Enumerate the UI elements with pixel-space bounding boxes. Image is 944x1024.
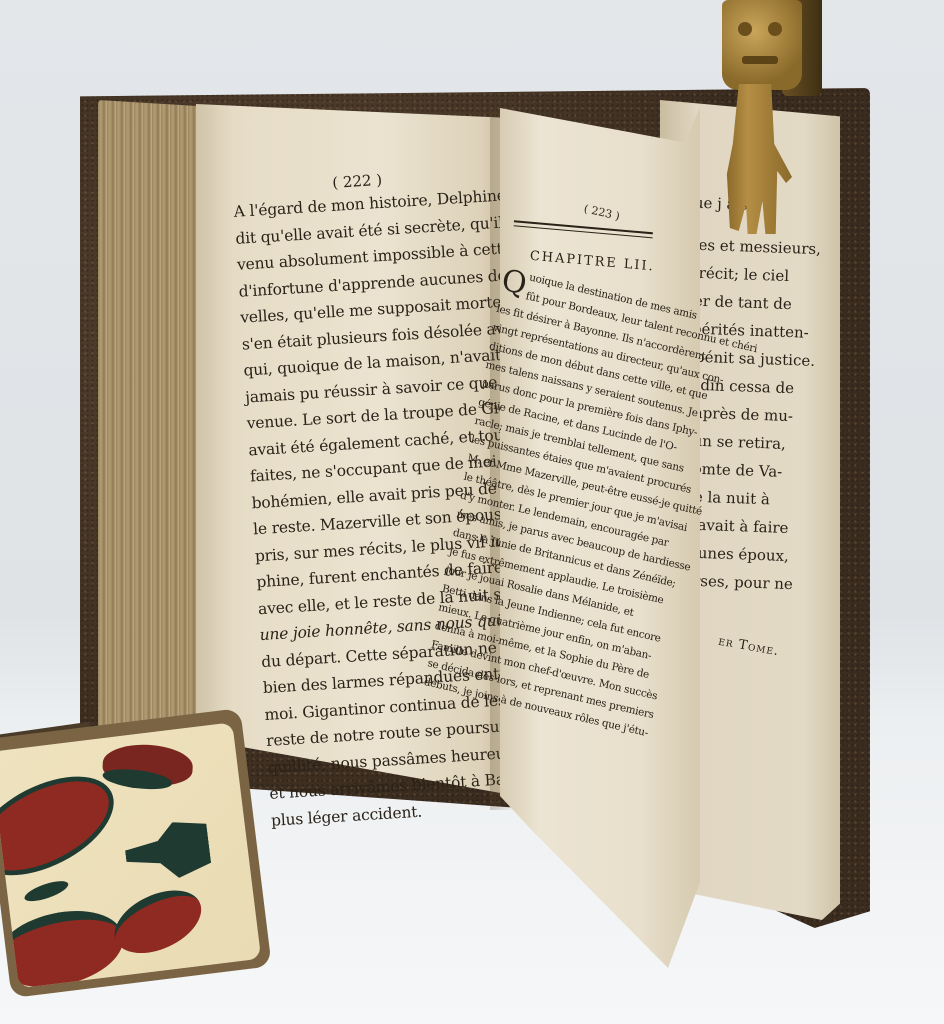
clip-eye-icon (738, 22, 752, 36)
clip-eye-icon (768, 22, 782, 36)
page-block-edge (98, 100, 208, 760)
enamel-box-lid (0, 722, 261, 988)
vase-motif-icon (122, 818, 212, 884)
clip-mouth (742, 56, 778, 64)
text-line: erses, pour ne (684, 573, 835, 606)
brass-clip-face (722, 0, 802, 90)
leaf-motif-icon (105, 878, 211, 966)
drop-cap: Q (500, 267, 529, 299)
leaf-motif-icon (22, 877, 70, 905)
pomegranate-motif-icon (0, 899, 131, 988)
